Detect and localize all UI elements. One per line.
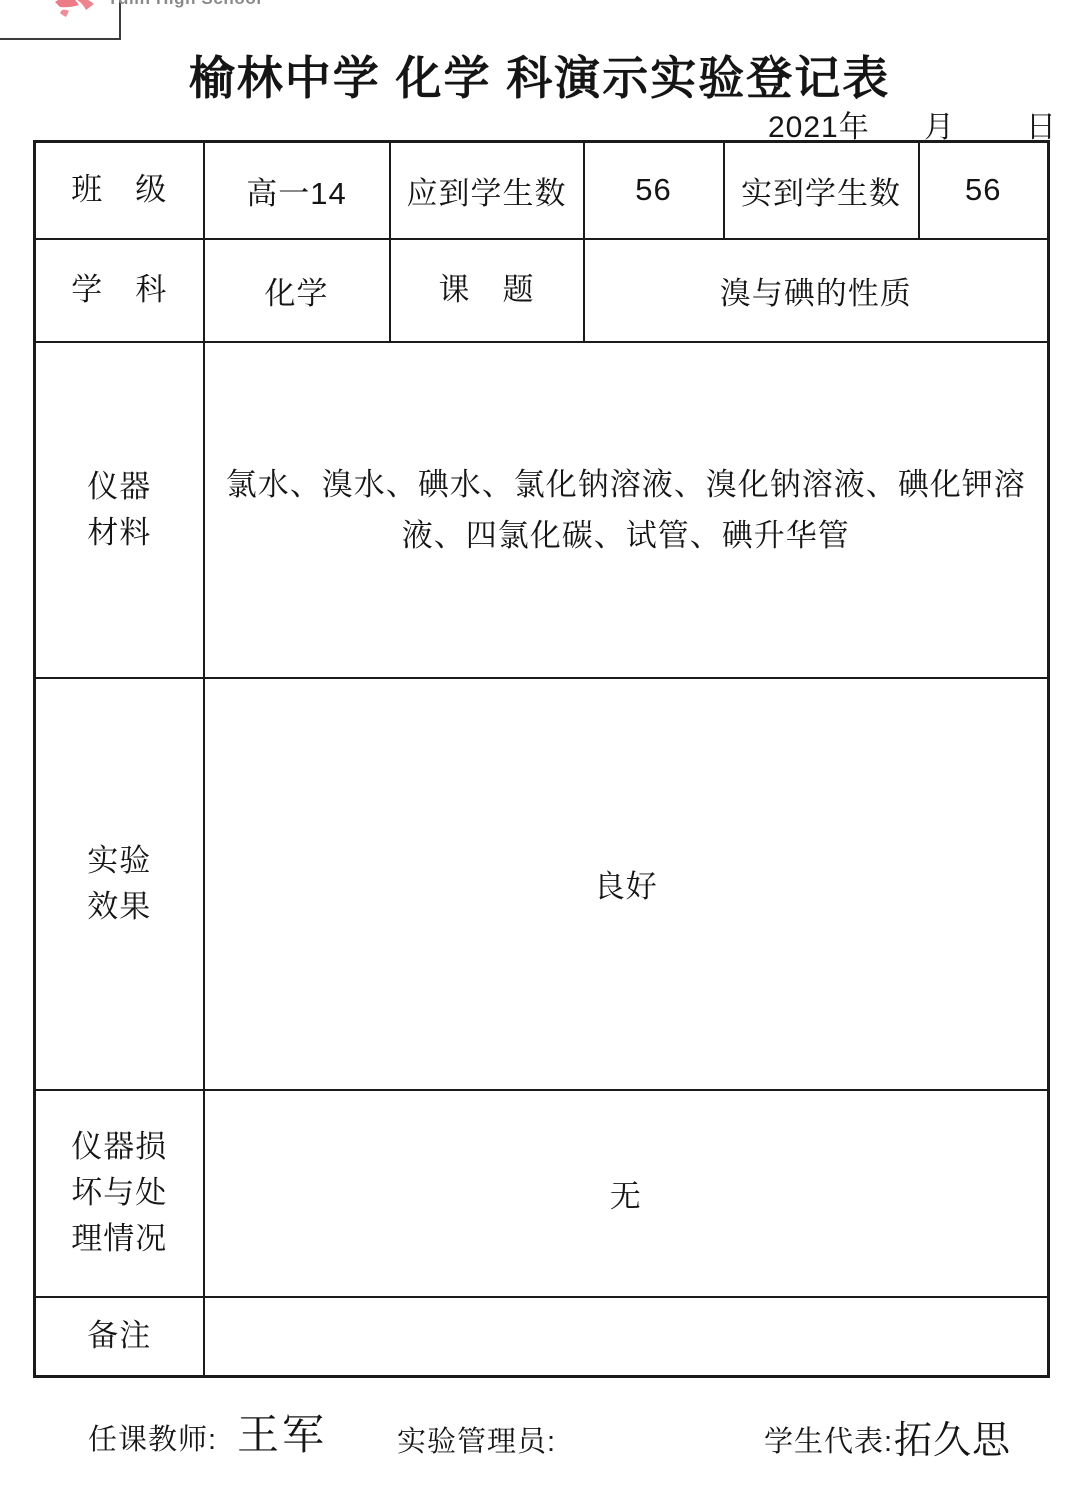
subject-value: 化学 <box>204 239 390 342</box>
teacher-label: 任课教师: <box>88 1417 217 1458</box>
class-value: 高一14 <box>204 142 390 239</box>
school-logo-icon <box>53 0 99 18</box>
form-page: Yulin High School 榆林中学 化学 科演示实验登记表 2021年… <box>0 0 1079 1485</box>
school-logo-text: Yulin High School <box>107 0 262 9</box>
student-representative-label: 学生代表: <box>764 1419 893 1460</box>
teacher-name: 王军 <box>237 1402 327 1462</box>
actual-students-value: 56 <box>919 142 1049 239</box>
effect-label: 实验 效果 <box>35 678 204 1090</box>
topic-value: 溴与碘的性质 <box>584 239 1049 342</box>
remarks-label: 备注 <box>35 1297 204 1377</box>
row-class: 班 级 高一14 应到学生数 56 实到学生数 56 <box>35 142 1049 239</box>
actual-students-label: 实到学生数 <box>724 142 919 239</box>
effect-value: 良好 <box>204 678 1049 1090</box>
row-damage: 仪器损 坏与处 理情况 无 <box>35 1090 1049 1297</box>
experiment-registration-table: 班 级 高一14 应到学生数 56 实到学生数 56 学 科 化学 课 题 溴与… <box>33 140 1050 1378</box>
student-representative-name: 拓久思 <box>894 1409 1011 1464</box>
damage-label: 仪器损 坏与处 理情况 <box>35 1090 204 1297</box>
expected-students-value: 56 <box>584 142 724 239</box>
damage-value: 无 <box>204 1090 1049 1297</box>
form-title: 榆林中学 化学 科演示实验登记表 <box>0 42 1079 108</box>
subject-label: 学 科 <box>35 239 204 342</box>
materials-label: 仪器 材料 <box>35 342 204 678</box>
class-label: 班 级 <box>35 142 204 239</box>
row-remarks: 备注 <box>35 1297 1049 1377</box>
lab-admin-label: 实验管理员: <box>397 1419 556 1460</box>
materials-value: 氯水、溴水、碘水、氯化钠溶液、溴化钠溶液、碘化钾溶液、四氯化碳、试管、碘升华管 <box>204 342 1049 678</box>
row-subject-topic: 学 科 化学 课 题 溴与碘的性质 <box>35 239 1049 342</box>
expected-students-label: 应到学生数 <box>390 142 584 239</box>
row-materials: 仪器 材料 氯水、溴水、碘水、氯化钠溶液、溴化钠溶液、碘化钾溶液、四氯化碳、试管… <box>35 342 1049 678</box>
row-effect: 实验 效果 良好 <box>35 678 1049 1090</box>
topic-label: 课 题 <box>390 239 584 342</box>
remarks-value <box>204 1297 1049 1377</box>
